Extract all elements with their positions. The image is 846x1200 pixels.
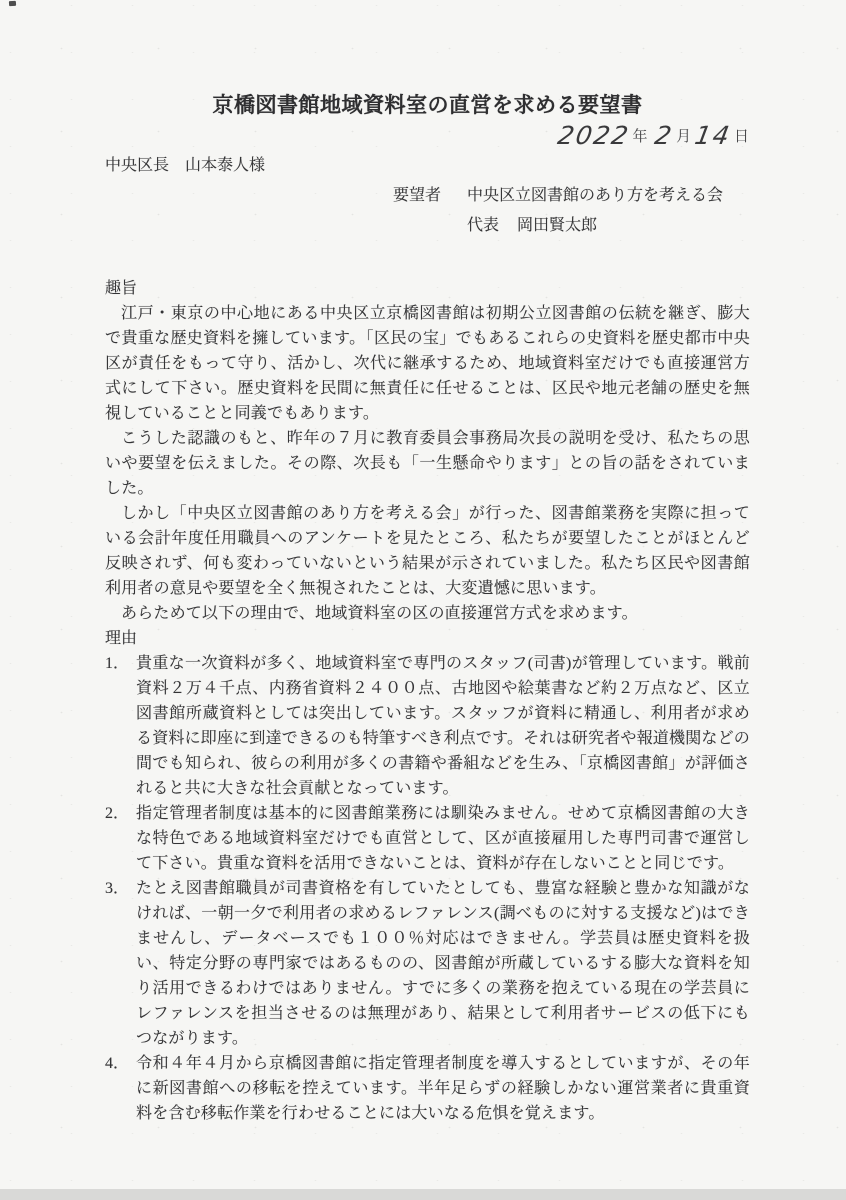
document-page: 京橋図書館地域資料室の直営を求める要望書 2022年 2月14日 中央区長 山本… [0,0,846,1200]
day-unit-label: 日 [734,129,750,145]
reason-text: 指定管理者制度は基本的に図書館業務には馴染みません。せめて京橋図書館の大きな特色… [136,801,750,876]
purpose-heading: 趣旨 [105,276,750,301]
reason-number: 4． [105,1051,136,1126]
reason-number: 3． [105,876,136,1051]
handwritten-day: 14 [693,122,734,150]
purpose-paragraph: あらためて以下の理由で、地域資料室の区の直接運営方式を求めます。 [105,601,750,626]
month-unit-label: 月 [676,129,692,145]
purpose-paragraph: こうした認識のもと、昨年の７月に教育委員会事務局次長の説明を受け、私たちの思いや… [105,426,750,501]
purpose-paragraph: しかし「中央区立図書館のあり方を考える会」が行った、図書館業務を実際に担っている… [105,501,750,601]
purpose-paragraph: 江戸・東京の中心地にある中央区立京橋図書館は初期公立図書館の伝統を継ぎ、膨大で貴… [105,301,750,426]
handwritten-year: 2022 [555,122,632,150]
representative-label: 代表 [467,215,517,237]
date-line: 2022年 2月14日 [105,122,750,154]
reason-number: 1． [105,651,136,801]
reason-number: 2． [105,801,136,876]
requester-line: 要望者中央区立図書館のあり方を考える会 [393,185,750,207]
reason-item: 1． 貴重な一次資料が多く、地域資料室で専門のスタッフ(司書)が管理しています。… [105,651,750,801]
reason-item: 2． 指定管理者制度は基本的に図書館業務には馴染みません。せめて京橋図書館の大き… [105,801,750,876]
reason-item: 3． たとえ図書館職員が司書資格を有していたとしても、豊富な経験と豊かな知識がな… [105,876,750,1051]
requester-label: 要望者 [393,185,467,207]
reason-text: たとえ図書館職員が司書資格を有していたとしても、豊富な経験と豊かな知識がなければ… [136,876,750,1051]
document-title: 京橋図書館地域資料室の直営を求める要望書 [105,0,750,118]
year-unit-label: 年 [632,129,648,145]
reason-text: 令和４年４月から京橋図書館に指定管理者制度を導入するとしていますが、その年に新図… [136,1051,750,1126]
scan-edge [0,1189,846,1200]
handwritten-month: 2 [653,122,676,150]
reason-item: 4． 令和４年４月から京橋図書館に指定管理者制度を導入するとしていますが、その年… [105,1051,750,1126]
reason-text: 貴重な一次資料が多く、地域資料室で専門のスタッフ(司書)が管理しています。戦前資… [136,651,750,801]
addressee: 中央区長 山本泰人様 [105,155,750,177]
representative-line: 代表岡田賢太郎 [467,215,750,237]
representative-name: 岡田賢太郎 [517,217,597,234]
requester-name: 中央区立図書館のあり方を考える会 [467,187,723,204]
reasons-heading: 理由 [105,626,750,651]
